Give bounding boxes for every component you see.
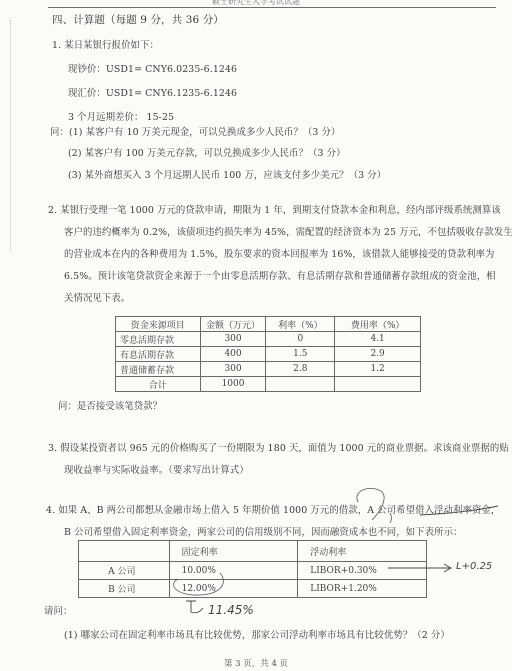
table-cell: 1.2 bbox=[335, 362, 421, 377]
q1-stem: 1. 某日某银行报价如下： bbox=[52, 37, 159, 51]
handwritten-arrow-note: L+0.25 bbox=[456, 561, 492, 572]
q4-text-line-1: 4. 如果 A、B 两公司都想从金融市场上借入 5 年期价值 1000 万元的借… bbox=[46, 502, 500, 516]
page-footer: 第 3 页，共 4 页 bbox=[0, 657, 512, 669]
table-header-row: 资金来源项目 金额（万元） 利率（%） 费用率（%） bbox=[116, 317, 421, 332]
table-cell: 4.1 bbox=[335, 332, 421, 347]
table-cell: 300 bbox=[200, 362, 266, 377]
q2-question: 问：是否接受该笔贷款？ bbox=[58, 398, 162, 412]
q2-text-line-2: 客户的违约概率为 0.2%，该债项违约损失率为 45%，需配置的经济资本为 25… bbox=[64, 224, 512, 238]
table-header: 利率（%） bbox=[266, 317, 335, 332]
table-cell: 12.00% bbox=[169, 580, 298, 598]
table-row: A 公司 10.00% LIBOR+0.30% bbox=[79, 562, 427, 580]
q1-cash-quote: 现钞价：USD1= CNY6.0235-6.1246 bbox=[68, 61, 237, 75]
table-cell: A 公司 bbox=[79, 562, 170, 580]
q1-question-1: 问：(1) 某客户有 10 万美元现金，可以兑换成多少人民币？（3 分） bbox=[50, 124, 340, 138]
table-cell: 1000 bbox=[200, 377, 266, 392]
table-cell: 400 bbox=[200, 347, 266, 362]
handwritten-below-note: 11.45% bbox=[208, 603, 254, 617]
q2-text-line-4: 6.5%。预计该笔贷款资金来源于一个由零息活期存款、有息活期存款和普通储蓄存款组… bbox=[64, 268, 496, 282]
header-divider bbox=[48, 7, 496, 8]
table-cell: 普通储蓄存款 bbox=[116, 362, 201, 377]
table-header: 固定利率 bbox=[169, 541, 298, 562]
table-cell bbox=[266, 377, 335, 392]
table-cell: 300 bbox=[200, 332, 266, 347]
table-row: B 公司 12.00% LIBOR+1.20% bbox=[79, 580, 427, 598]
q1-question-3: (3) 某外商想买入 3 个月远期人民币 100 万，应该支付多少美元？（3 分… bbox=[68, 167, 386, 181]
table-cell: 零息活期存款 bbox=[116, 332, 201, 347]
table-header: 金额（万元） bbox=[200, 317, 266, 332]
table-header bbox=[79, 541, 170, 562]
q4-prompt: 请问： bbox=[44, 603, 72, 617]
q2-text-line-3: 的营业成本在内的各种费用为 1.5%，股东要求的资本回报率为 16%，该借款人能… bbox=[64, 246, 495, 260]
q3-text-line-1: 3. 假设某投资者以 965 元的价格购买了一份期限为 180 天，面值为 10… bbox=[48, 440, 509, 454]
table-cell bbox=[335, 377, 421, 392]
table-cell: 0 bbox=[266, 332, 335, 347]
header-title: 硕士研究生入学考试试题 bbox=[0, 0, 512, 7]
q1-forward-spread: 3 个月远期差价： 15-25 bbox=[68, 109, 174, 123]
table-header: 资金来源项目 bbox=[116, 317, 201, 332]
table-cell: 合计 bbox=[116, 377, 201, 392]
table-total-row: 合计 1000 bbox=[116, 377, 421, 392]
q3-text-line-2: 现收益率与实际收益率。（要求写出计算式） bbox=[64, 462, 249, 476]
table-cell: B 公司 bbox=[79, 580, 170, 598]
table-cell: 10.00% bbox=[169, 562, 298, 580]
q1-question-2: (2) 某客户有 100 万美元存款，可以兑换成多少人民币？（3 分） bbox=[68, 145, 346, 159]
table-header: 浮动利率 bbox=[298, 541, 427, 562]
table-header-row: 固定利率 浮动利率 bbox=[79, 541, 427, 562]
table-cell: LIBOR+1.20% bbox=[298, 580, 427, 598]
table-header: 费用率（%） bbox=[335, 317, 421, 332]
section-title: 四、计算题（每题 9 分，共 36 分） bbox=[52, 12, 224, 27]
table-cell: 2.9 bbox=[335, 347, 421, 362]
table-cell: 1.5 bbox=[266, 347, 335, 362]
funding-source-table: 资金来源项目 金额（万元） 利率（%） 费用率（%） 零息活期存款 300 0 … bbox=[115, 316, 421, 392]
table-cell: 有息活期存款 bbox=[116, 347, 201, 362]
q4-text-line-2: B 公司希望借入固定利率资金，两家公司的信用级别不同，因而融资成本也不同，如下表… bbox=[64, 524, 463, 538]
q2-text-line-5: 关情况见下表。 bbox=[64, 290, 130, 304]
table-cell: 2.8 bbox=[266, 362, 335, 377]
q2-text-line-1: 2. 某银行受理一笔 1000 万元的贷款申请，期限为 1 年，到期支付贷款本金… bbox=[48, 202, 501, 216]
q4-sub-question-1: (1) 哪家公司在固定利率市场具有比较优势，那家公司浮动利率市场具有比较优势？（… bbox=[64, 627, 450, 641]
borrowing-cost-table: 固定利率 浮动利率 A 公司 10.00% LIBOR+0.30% B 公司 1… bbox=[78, 540, 427, 598]
q1-spot-quote: 现汇价：USD1= CNY6.1235-6.1246 bbox=[68, 85, 237, 99]
margin-scan-marks bbox=[10, 20, 12, 250]
table-row: 普通储蓄存款 300 2.8 1.2 bbox=[116, 362, 421, 377]
table-row: 有息活期存款 400 1.5 2.9 bbox=[116, 347, 421, 362]
table-row: 零息活期存款 300 0 4.1 bbox=[116, 332, 421, 347]
table-cell: LIBOR+0.30% bbox=[298, 562, 427, 580]
